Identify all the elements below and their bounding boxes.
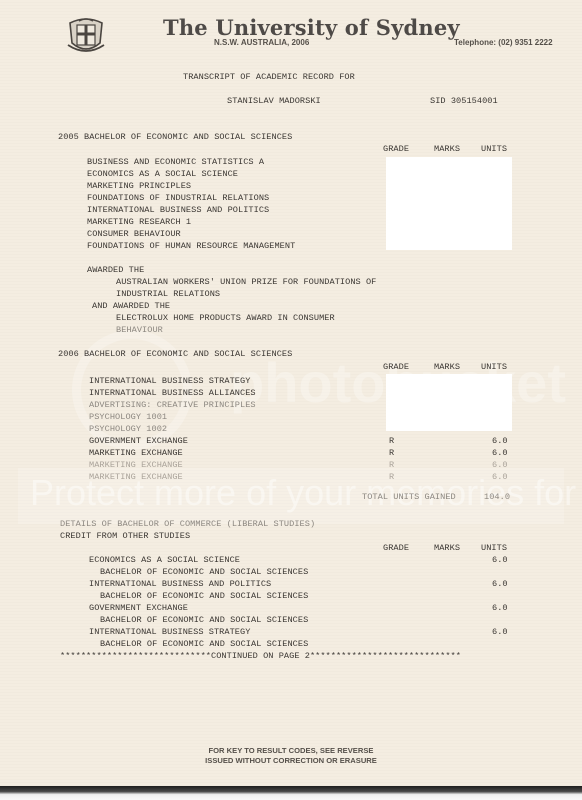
credit-units: 6.0 xyxy=(492,579,508,589)
credit-course-name: INTERNATIONAL BUSINESS STRATEGY xyxy=(89,627,250,637)
course-name: GOVERNMENT EXCHANGE xyxy=(89,436,188,446)
credit-source: BACHELOR OF ECONOMIC AND SOCIAL SCIENCES xyxy=(100,639,308,649)
course-name: FOUNDATIONS OF INDUSTRIAL RELATIONS xyxy=(87,193,269,203)
course-name: MARKETING EXCHANGE xyxy=(89,472,183,482)
course-units: 6.0 xyxy=(492,472,508,482)
course-name: MARKETING RESEARCH 1 xyxy=(87,217,191,227)
credit-source: BACHELOR OF ECONOMIC AND SOCIAL SCIENCES xyxy=(100,591,308,601)
university-name: The University of Sydney xyxy=(163,15,460,40)
credit-units: 6.0 xyxy=(492,603,508,613)
course-name: INTERNATIONAL BUSINESS STRATEGY xyxy=(89,376,250,386)
course-grade: R xyxy=(389,472,394,482)
course-name: ADVERTISING: CREATIVE PRINCIPLES xyxy=(89,400,256,410)
credit-source: BACHELOR OF ECONOMIC AND SOCIAL SCIENCES xyxy=(100,567,308,577)
grade-header: GRADE xyxy=(383,144,409,154)
student-id: SID 305154001 xyxy=(430,96,498,106)
credit-course-name: ECONOMICS AS A SOCIAL SCIENCE xyxy=(89,555,240,565)
credit-units: 6.0 xyxy=(492,627,508,637)
awarded-label: AWARDED THE xyxy=(87,265,144,275)
award-2-line-2: BEHAVIOUR xyxy=(116,325,163,335)
grade-header: GRADE xyxy=(383,543,409,553)
credit-subheading: CREDIT FROM OTHER STUDIES xyxy=(60,531,190,541)
page-edge xyxy=(0,786,582,800)
units-header: UNITS xyxy=(481,362,507,372)
award-2-line-1: ELECTROLUX HOME PRODUCTS AWARD IN CONSUM… xyxy=(116,313,335,323)
award-1-line-1: AUSTRALIAN WORKERS' UNION PRIZE FOR FOUN… xyxy=(116,277,376,287)
course-name: PSYCHOLOGY 1002 xyxy=(89,424,167,434)
credit-course-name: GOVERNMENT EXCHANGE xyxy=(89,603,188,613)
course-name: ECONOMICS AS A SOCIAL SCIENCE xyxy=(87,169,238,179)
course-name: FOUNDATIONS OF HUMAN RESOURCE MANAGEMENT xyxy=(87,241,295,251)
year-2006-heading: 2006 BACHELOR OF ECONOMIC AND SOCIAL SCI… xyxy=(58,349,292,359)
course-name: BUSINESS AND ECONOMIC STATISTICS A xyxy=(87,157,264,167)
telephone: Telephone: (02) 9351 2222 xyxy=(454,38,553,47)
course-name: INTERNATIONAL BUSINESS AND POLITICS xyxy=(87,205,269,215)
university-address: N.S.W. AUSTRALIA, 2006 xyxy=(214,38,309,47)
year-2005-heading: 2005 BACHELOR OF ECONOMIC AND SOCIAL SCI… xyxy=(58,132,292,142)
document-title: TRANSCRIPT OF ACADEMIC RECORD FOR xyxy=(183,72,355,82)
course-name: MARKETING PRINCIPLES xyxy=(87,181,191,191)
redacted-results-2005 xyxy=(386,157,512,250)
university-crest-icon xyxy=(64,13,108,57)
course-grade: R xyxy=(389,436,394,446)
course-name: CONSUMER BEHAVIOUR xyxy=(87,229,181,239)
course-units: 6.0 xyxy=(492,460,508,470)
course-grade: R xyxy=(389,448,394,458)
course-units: 6.0 xyxy=(492,436,508,446)
units-header: UNITS xyxy=(481,144,507,154)
course-grade: R xyxy=(389,460,394,470)
marks-header: MARKS xyxy=(434,543,460,553)
units-header: UNITS xyxy=(481,543,507,553)
continued-notice: *****************************CONTINUED O… xyxy=(60,651,461,661)
course-name: INTERNATIONAL BUSINESS ALLIANCES xyxy=(89,388,256,398)
credit-course-name: INTERNATIONAL BUSINESS AND POLITICS xyxy=(89,579,271,589)
credit-source: BACHELOR OF ECONOMIC AND SOCIAL SCIENCES xyxy=(100,615,308,625)
credit-units: 6.0 xyxy=(492,555,508,565)
redacted-results-2006 xyxy=(386,374,512,431)
commerce-heading: DETAILS OF BACHELOR OF COMMERCE (LIBERAL… xyxy=(60,519,315,529)
total-units-value: 104.0 xyxy=(484,492,510,502)
footer-key-note: FOR KEY TO RESULT CODES, SEE REVERSE xyxy=(141,746,441,755)
student-name: STANISLAV MADORSKI xyxy=(227,96,321,106)
and-awarded-label: AND AWARDED THE xyxy=(92,301,170,311)
course-units: 6.0 xyxy=(492,448,508,458)
award-1-line-2: INDUSTRIAL RELATIONS xyxy=(116,289,220,299)
course-name: MARKETING EXCHANGE xyxy=(89,448,183,458)
marks-header: MARKS xyxy=(434,362,460,372)
total-units-label: TOTAL UNITS GAINED xyxy=(362,492,456,502)
course-name: MARKETING EXCHANGE xyxy=(89,460,183,470)
marks-header: MARKS xyxy=(434,144,460,154)
course-name: PSYCHOLOGY 1001 xyxy=(89,412,167,422)
grade-header: GRADE xyxy=(383,362,409,372)
footer-issued-note: ISSUED WITHOUT CORRECTION OR ERASURE xyxy=(141,756,441,765)
